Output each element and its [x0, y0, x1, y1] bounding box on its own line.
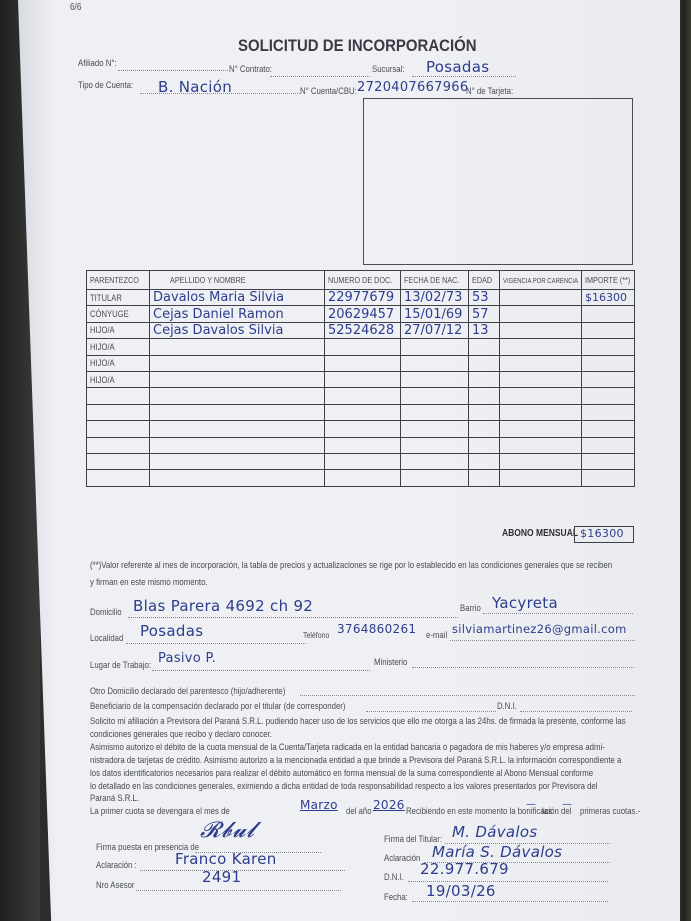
afiliado-label: Afiliado N°:	[78, 58, 117, 69]
table-cell-doc[interactable]	[325, 339, 401, 355]
table-cell-nombre[interactable]	[150, 388, 325, 404]
domicilio-value[interactable]: Blas Parera 4692 ch 92	[133, 597, 313, 615]
column-header-label: NUMERO DE DOC.	[328, 275, 392, 285]
table-cell-nac[interactable]: 13/02/73	[401, 290, 469, 306]
table-cell-doc[interactable]	[325, 355, 401, 371]
ministerio-field[interactable]	[412, 667, 634, 668]
table-cell-nac[interactable]: 27/07/12	[401, 322, 469, 338]
email-field[interactable]	[450, 640, 635, 641]
table-cell-importe[interactable]	[582, 470, 635, 486]
table-cell-edad[interactable]	[469, 421, 500, 437]
cuenta-cbu-value[interactable]: 2720407667966	[357, 80, 468, 95]
table-cell-vigencia[interactable]	[500, 339, 582, 355]
column-header: PARENTEZCO	[87, 271, 150, 290]
column-header-label: IMPORTE (**)	[585, 275, 630, 285]
table-cell-vigencia[interactable]	[500, 421, 582, 437]
table-row	[87, 470, 635, 486]
parentezco-value: HIJO/A	[90, 342, 115, 352]
otro-domicilio-field[interactable]	[300, 695, 635, 696]
nombre-value[interactable]: Davalos Maria Silvia	[153, 290, 284, 305]
beneficiario-label: Beneficiario de la compensación declarad…	[90, 701, 345, 712]
column-header-label: EDAD	[472, 275, 492, 285]
edad-value[interactable]: 53	[472, 290, 489, 305]
first-fee-line: La primer cuota se devengara el mes de	[90, 806, 230, 816]
table-cell-nac[interactable]	[401, 470, 469, 486]
bonus-value[interactable]: —	[526, 799, 536, 810]
table-cell-vigencia[interactable]	[500, 355, 582, 371]
table-header-row: PARENTEZCOAPELLIDO Y NOMBRENUMERO DE DOC…	[87, 271, 635, 290]
doc-value[interactable]: 22977679	[328, 290, 394, 305]
edad-value[interactable]: 13	[472, 323, 489, 338]
column-header: VIGENCIA POR CARENCIAART. 4 CONDICIONES …	[500, 271, 582, 290]
asesor-value[interactable]: 2491	[202, 868, 241, 886]
table-cell-nombre[interactable]	[150, 339, 325, 355]
barrio-field[interactable]	[483, 613, 633, 614]
nac-value[interactable]: 13/02/73	[404, 290, 462, 305]
abono-mensual-label: ABONO MENSUAL	[502, 528, 578, 539]
table-cell-vigencia[interactable]	[500, 470, 582, 486]
domicilio-label: Domicilio	[90, 607, 122, 618]
doc-value[interactable]: 52524628	[328, 323, 394, 338]
column-header-label: FECHA DE NAC.	[404, 275, 459, 285]
telefono-label: Teléfono	[303, 630, 329, 640]
photo-box	[363, 98, 633, 265]
table-cell-edad[interactable]: 57	[469, 306, 500, 322]
table-cell-importe[interactable]	[582, 322, 635, 338]
table-cell-nac[interactable]	[401, 437, 469, 453]
table-cell-edad[interactable]	[469, 339, 500, 355]
table-cell-importe[interactable]	[582, 371, 635, 387]
table-cell-doc[interactable]	[325, 453, 401, 469]
table-cell-nombre[interactable]: Cejas Daniel Ramon	[150, 306, 325, 322]
table-row	[87, 437, 635, 453]
first-fee-year[interactable]: 2026	[373, 798, 405, 812]
parentezco-value: CÓNYUGE	[90, 309, 129, 319]
table-cell-edad[interactable]	[469, 355, 500, 371]
table-cell-importe[interactable]	[582, 339, 635, 355]
legal-line: nistradora de tarjetas de crédito. Asimi…	[90, 755, 621, 765]
table-cell-importe[interactable]: $16300	[582, 290, 635, 306]
table-cell-doc[interactable]	[325, 470, 401, 486]
table-cell-edad[interactable]	[469, 371, 500, 387]
table-cell-importe[interactable]	[582, 421, 635, 437]
table-cell-parentezco	[87, 453, 150, 469]
sucursal-field[interactable]	[412, 76, 516, 77]
localidad-value[interactable]: Posadas	[140, 622, 203, 640]
beneficiario-field[interactable]	[366, 711, 496, 712]
trabajo-label: Lugar de Trabajo:	[90, 660, 151, 671]
contrato-field[interactable]	[270, 76, 370, 77]
table-cell-nac[interactable]	[401, 355, 469, 371]
asesor-field[interactable]	[136, 890, 341, 891]
table-cell-doc[interactable]: 52524628	[325, 322, 401, 338]
table-cell-importe[interactable]	[582, 404, 635, 420]
fecha-value[interactable]: 19/03/26	[426, 882, 496, 900]
telefono-value[interactable]: 3764860261	[337, 622, 416, 636]
table-row: TITULARDavalos Maria Silvia2297767913/02…	[87, 290, 635, 306]
aclaracion-left-field[interactable]	[140, 870, 345, 871]
table-row	[87, 453, 635, 469]
table-row: CÓNYUGECejas Daniel Ramon2062945715/01/6…	[87, 306, 635, 322]
table-cell-parentezco: HIJO/A	[87, 322, 150, 338]
trabajo-field[interactable]	[152, 670, 370, 671]
table-cell-parentezco: HIJO/A	[87, 355, 150, 371]
table-row: HIJO/A	[87, 371, 635, 387]
table-cell-nac[interactable]: 15/01/69	[401, 306, 469, 322]
aclaracion-right-label: Aclaración	[384, 853, 420, 864]
table-cell-nombre[interactable]	[150, 453, 325, 469]
legal-line: los datos identificatorios necesarios pa…	[90, 768, 593, 778]
nac-value[interactable]: 15/01/69	[404, 307, 462, 322]
note-line-2: y firman en este mismo momento.	[90, 577, 208, 587]
table-cell-importe[interactable]	[582, 388, 635, 404]
tarjeta-label: N° de Tarjeta:	[466, 86, 513, 97]
cuenta-cbu-label: N° Cuenta/CBU:	[300, 86, 357, 97]
fecha-field[interactable]	[412, 901, 608, 902]
legal-line: lo detallado en las condiciones generale…	[90, 781, 598, 791]
column-header-label: APELLIDO Y NOMBRE	[170, 275, 246, 285]
afiliado-field[interactable]	[118, 70, 228, 71]
note-line-1: (**)Valor referente al mes de incorporac…	[90, 560, 612, 570]
table-row	[87, 421, 635, 437]
year-label: del año	[346, 806, 372, 817]
table-cell-nombre[interactable]: Davalos Maria Silvia	[150, 290, 325, 306]
table-cell-nombre[interactable]	[150, 404, 325, 420]
table-cell-nac[interactable]	[401, 371, 469, 387]
primeras-cuotas-label: primeras cuotas.-	[580, 806, 640, 817]
nombre-value[interactable]: Cejas Davalos Silvia	[153, 323, 283, 338]
table-cell-nac[interactable]	[401, 339, 469, 355]
presencia-signature[interactable]: 𝓡𝓫𝓾𝓵	[200, 818, 255, 843]
table-cell-parentezco	[87, 404, 150, 420]
first-fee-month[interactable]: Marzo	[300, 798, 338, 812]
parentezco-value: TITULAR	[90, 293, 122, 303]
table-cell-edad[interactable]	[469, 388, 500, 404]
beneficiario-dni-field[interactable]	[520, 711, 632, 712]
table-cell-doc[interactable]	[325, 388, 401, 404]
table-cell-nombre[interactable]	[150, 437, 325, 453]
fecha-label: Fecha:	[384, 892, 408, 903]
table-cell-importe[interactable]	[582, 453, 635, 469]
table-cell-doc[interactable]: 22977679	[325, 290, 401, 306]
parentezco-value: HIJO/A	[90, 325, 115, 335]
contrato-label: N° Contrato:	[229, 64, 272, 75]
table-cell-nombre[interactable]	[150, 470, 325, 486]
titular-dni-value[interactable]: 22.977.679	[420, 860, 509, 878]
column-header: FECHA DE NAC.	[401, 271, 469, 290]
table-cell-importe[interactable]	[582, 306, 635, 322]
table-cell-importe[interactable]	[582, 437, 635, 453]
column-header: IMPORTE (**)	[582, 271, 635, 290]
table-row: HIJO/ACejas Davalos Silvia5252462827/07/…	[87, 322, 635, 338]
table-cell-parentezco	[87, 470, 150, 486]
table-cell-edad[interactable]	[469, 437, 500, 453]
table-cell-vigencia[interactable]	[500, 437, 582, 453]
table-cell-parentezco	[87, 421, 150, 437]
table-cell-parentezco	[87, 388, 150, 404]
asesor-label: Nro Asesor	[96, 880, 135, 891]
localidad-field[interactable]	[126, 643, 306, 644]
beneficiario-dni-label: D.N.I.	[497, 701, 517, 712]
table-cell-parentezco: CÓNYUGE	[87, 306, 150, 322]
ministerio-label: Ministerio	[374, 657, 407, 668]
family-table: PARENTEZCOAPELLIDO Y NOMBRENUMERO DE DOC…	[86, 270, 635, 487]
table-cell-nac[interactable]	[401, 453, 469, 469]
first-fee-prefix: La primer cuota se devengara el mes de	[90, 806, 230, 816]
table-cell-vigencia[interactable]	[500, 371, 582, 387]
aclaracion-left-label: Aclaración :	[96, 860, 137, 871]
table-cell-edad[interactable]: 13	[469, 322, 500, 338]
table-cell-edad[interactable]: 53	[469, 290, 500, 306]
parentezco-value: HIJO/A	[90, 375, 115, 385]
table-cell-edad[interactable]	[469, 404, 500, 420]
table-row	[87, 388, 635, 404]
otro-domicilio-label: Otro Domicilio declarado del parentesco …	[90, 686, 285, 697]
parentezco-value: HIJO/A	[90, 358, 115, 368]
titular-signature[interactable]: M. Dávalos	[452, 823, 537, 841]
las-value[interactable]: —	[562, 799, 572, 810]
barrio-label: Barrio	[460, 603, 481, 614]
table-cell-importe[interactable]	[582, 355, 635, 371]
table-cell-edad[interactable]	[469, 453, 500, 469]
table-cell-nac[interactable]	[401, 388, 469, 404]
table-row: HIJO/A	[87, 339, 635, 355]
table-cell-nombre[interactable]	[150, 421, 325, 437]
table-cell-edad[interactable]	[469, 470, 500, 486]
abono-mensual-value[interactable]: $16300	[580, 527, 624, 540]
table-cell-parentezco: HIJO/A	[87, 339, 150, 355]
table-cell-parentezco: HIJO/A	[87, 371, 150, 387]
column-header: EDAD	[469, 271, 500, 290]
legal-line: Asimismo autorizo el débito de la cuota …	[90, 742, 605, 752]
table-cell-vigencia[interactable]	[500, 404, 582, 420]
table-cell-vigencia[interactable]	[500, 388, 582, 404]
domicilio-field[interactable]	[128, 617, 458, 618]
table-cell-doc[interactable]	[325, 404, 401, 420]
trabajo-value[interactable]: Pasivo P.	[158, 651, 216, 666]
sucursal-value[interactable]: Posadas	[426, 58, 489, 76]
form-title: SOLICITUD DE INCORPORACIÓN	[238, 36, 477, 56]
email-value[interactable]: silviamartinez26@gmail.com	[452, 622, 627, 636]
las-label: las	[542, 806, 552, 817]
nombre-value[interactable]: Cejas Daniel Ramon	[153, 307, 284, 322]
table-row: HIJO/A	[87, 355, 635, 371]
table-cell-doc[interactable]	[325, 421, 401, 437]
edad-value[interactable]: 57	[472, 307, 489, 322]
column-header-label: PARENTEZCO	[90, 275, 139, 285]
page-number: 6/6	[70, 2, 81, 13]
vigencia-header: VIGENCIA POR CARENCIA	[503, 278, 578, 286]
table-cell-nombre[interactable]: Cejas Davalos Silvia	[150, 322, 325, 338]
table-cell-parentezco: TITULAR	[87, 290, 150, 306]
table-cell-vigencia[interactable]	[500, 290, 582, 306]
table-cell-nombre[interactable]	[150, 371, 325, 387]
doc-value[interactable]: 20629457	[328, 307, 394, 322]
table-cell-parentezco	[87, 437, 150, 453]
column-header: APELLIDO Y NOMBRE	[150, 271, 325, 290]
table-cell-nombre[interactable]	[150, 355, 325, 371]
table-cell-vigencia[interactable]	[500, 322, 582, 338]
aclaracion-right-value[interactable]: María S. Dávalos	[432, 843, 562, 861]
table-cell-doc[interactable]: 20629457	[325, 306, 401, 322]
barrio-value[interactable]: Yacyreta	[492, 594, 558, 612]
legal-line: Paraná S.R.L.	[90, 793, 139, 803]
table-cell-vigencia[interactable]	[500, 306, 582, 322]
table-cell-doc[interactable]	[325, 371, 401, 387]
nac-value[interactable]: 27/07/12	[404, 323, 462, 338]
legal-line: Solicito mi afiliación a Previsora del P…	[90, 716, 626, 726]
table-cell-doc[interactable]	[325, 437, 401, 453]
email-label: e-mail	[426, 630, 447, 641]
aclaracion-left-value[interactable]: Franco Karen	[175, 850, 277, 868]
importe-value[interactable]: $16300	[585, 291, 627, 304]
tipo-cuenta-value[interactable]: B. Nación	[158, 78, 232, 96]
table-cell-nac[interactable]	[401, 404, 469, 420]
sucursal-label: Sucursal:	[372, 64, 404, 75]
tipo-cuenta-label: Tipo de Cuenta:	[78, 80, 133, 91]
legal-line: condiciones generales que recibo y decla…	[90, 729, 272, 739]
localidad-label: Localidad	[90, 633, 123, 644]
table-cell-nac[interactable]	[401, 421, 469, 437]
titular-dni-label: D.N.I.	[384, 872, 404, 883]
column-header: NUMERO DE DOC.	[325, 271, 401, 290]
table-cell-vigencia[interactable]	[500, 453, 582, 469]
table-row	[87, 404, 635, 420]
